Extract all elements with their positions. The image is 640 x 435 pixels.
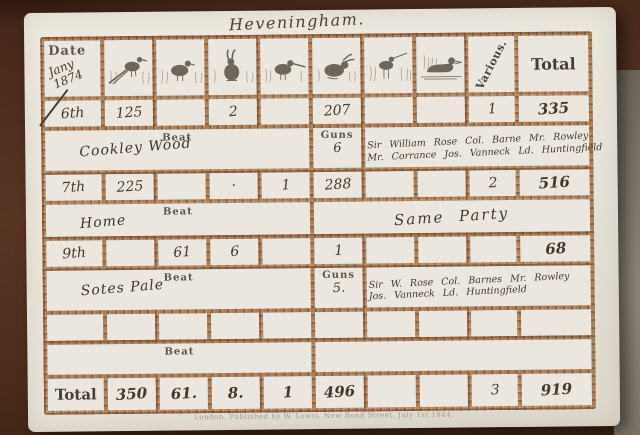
row1-woodcock-cell <box>261 98 309 125</box>
totalrow-pheasant: 350 <box>116 384 148 404</box>
row3-hare: 6 <box>229 244 239 261</box>
row3-partridge: 61 <box>173 244 192 261</box>
various-header-cell: Various. <box>468 36 515 92</box>
totalrow-duck-cell <box>420 374 468 407</box>
beat3-party-cell: Sir W. Rose Col. Barnes Mr. Rowley Jos. … <box>367 265 591 307</box>
header-rabbit-cell <box>312 38 361 94</box>
snipe-icon <box>364 42 412 89</box>
beat3-name: Sotes Pale <box>80 277 164 300</box>
rabbit-icon <box>312 43 360 90</box>
header-duck-cell <box>416 37 465 93</box>
beat3-cell: Beat Sotes Pale <box>47 268 311 311</box>
game-record-table: Date Jany 1874 <box>40 31 596 415</box>
row2-total: 516 <box>538 173 570 193</box>
row4-hare-cell <box>211 313 259 340</box>
row1-various: 1 <box>487 101 497 118</box>
beat4-party-cell <box>315 339 591 372</box>
beat1-name: Cookley Wood <box>79 135 192 160</box>
row2-pheasant: 225 <box>116 178 144 196</box>
row1-hare: 2 <box>228 104 238 121</box>
row1-hare-cell: 2 <box>209 99 257 126</box>
row4-duck-cell <box>419 310 467 337</box>
totalrow-pheasant-cell: 350 <box>108 378 156 411</box>
row4-woodcock-cell <box>263 312 311 339</box>
beat2-label: Beat <box>163 206 193 217</box>
row2-pheasant-cell: 225 <box>106 174 154 201</box>
row1-date-cell: 6th <box>45 100 101 127</box>
header-hare-cell <box>208 39 257 95</box>
totalrow-partridge: 61. <box>170 384 197 404</box>
totalrow-label-cell: Total <box>48 378 104 411</box>
totalrow-grand-total: 919 <box>541 380 573 400</box>
row2-hare-cell: · <box>210 173 258 200</box>
hare-icon <box>208 44 256 91</box>
row1-date: 6th <box>61 105 86 122</box>
row1-total-cell: 335 <box>519 95 589 122</box>
row3-partridge-cell: 61 <box>158 239 206 266</box>
row2-various-cell: 2 <box>469 170 515 196</box>
row2-total-cell: 516 <box>519 169 589 196</box>
row3-total-cell: 68 <box>520 235 590 262</box>
totalrow-snipe-cell <box>368 375 416 408</box>
beat1-party-cell: Sir William Rose Col. Barne Mr. Rowley M… <box>365 125 589 167</box>
beat1-guns-cell: Guns 6 <box>313 128 361 169</box>
woodcock-icon <box>260 43 308 90</box>
row1-various-cell: 1 <box>469 96 515 122</box>
row1-partridge-cell <box>157 99 205 126</box>
beat4-cell: Beat <box>47 342 311 375</box>
row1-pheasant: 125 <box>115 104 143 122</box>
header-partridge-cell <box>156 39 205 95</box>
row1-pheasant-cell: 125 <box>105 100 153 127</box>
row3-date: 9th <box>62 245 87 262</box>
row4-various-cell <box>471 310 517 336</box>
total-label: Total <box>531 54 576 73</box>
various-label: Various. <box>473 37 509 91</box>
row2-various: 2 <box>488 175 498 192</box>
totalrow-woodcock-cell: 1 <box>264 376 312 409</box>
totalrow-various-cell: 3 <box>472 374 518 406</box>
totalrow-woodcock: 1 <box>282 383 294 402</box>
partridge-icon <box>156 44 204 91</box>
row2-date: 7th <box>61 179 86 196</box>
row2-rabbit-cell: 288 <box>314 172 362 199</box>
row2-duck-cell <box>417 170 465 197</box>
row2-snipe-cell <box>366 171 414 198</box>
row3-hare-cell: 6 <box>210 239 258 266</box>
row3-rabbit-cell: 1 <box>314 238 362 265</box>
row2-hare: · <box>231 178 236 194</box>
row4-total-cell <box>521 309 591 336</box>
row4-snipe-cell <box>367 311 415 338</box>
guns3-label: Guns <box>322 270 355 281</box>
totalrow-hare-cell: 8. <box>212 377 260 410</box>
pheasant-icon <box>104 45 152 92</box>
row3-woodcock-cell <box>262 238 310 265</box>
row1-rabbit-cell: 207 <box>313 98 361 125</box>
row4-rabbit-cell <box>315 312 363 339</box>
row1-total: 335 <box>538 99 570 119</box>
row2-woodcock: 1 <box>281 177 291 194</box>
beat4-label: Beat <box>164 346 194 357</box>
row1-rabbit: 207 <box>323 102 351 120</box>
totalrow-label: Total <box>55 385 97 403</box>
guns3-count: 5. <box>332 280 345 296</box>
row2-date-cell: 7th <box>46 174 102 201</box>
row4-date-cell <box>47 314 103 341</box>
header-snipe-cell <box>364 37 413 93</box>
page-title-handwritten: Heveningham. <box>229 9 366 34</box>
row1-duck-cell <box>417 96 465 123</box>
row3-snipe-cell <box>366 237 414 264</box>
row3-duck-cell <box>418 236 466 263</box>
header-woodcock-cell <box>260 38 309 94</box>
row1-snipe-cell <box>365 97 413 124</box>
beat3-label: Beat <box>164 272 194 283</box>
row3-pheasant-cell <box>106 240 154 267</box>
header-pheasant-cell <box>104 40 153 96</box>
row4-pheasant-cell <box>107 314 155 341</box>
beat2-party: Same Party <box>394 204 510 229</box>
guns1-label: Guns <box>321 130 354 141</box>
totalrow-various: 3 <box>490 382 500 399</box>
row2-partridge-cell <box>158 173 206 200</box>
totalrow-rabbit: 496 <box>324 382 356 402</box>
total-header-cell: Total <box>518 35 589 92</box>
duck-icon <box>416 42 464 89</box>
row3-date-cell: 9th <box>46 240 102 267</box>
beat1-cell: Beat Cookley Wood <box>45 128 309 171</box>
totalrow-rabbit-cell: 496 <box>316 376 364 409</box>
row4-partridge-cell <box>159 313 207 340</box>
date-handwritten: Jany 1874 <box>47 56 85 92</box>
row2-rabbit: 288 <box>324 176 352 194</box>
row3-various-cell <box>470 236 516 262</box>
row2-woodcock-cell: 1 <box>262 172 310 199</box>
date-header-cell: Date Jany 1874 <box>44 40 101 97</box>
beat3-guns-cell: Guns 5. <box>315 268 363 309</box>
row3-rabbit: 1 <box>333 243 343 260</box>
beat2-cell: Beat Home <box>46 202 310 237</box>
beat2-name: Home <box>79 212 126 232</box>
guns1-count: 6 <box>333 141 342 156</box>
totalrow-hare: 8. <box>227 383 244 402</box>
game-book-page: Heveningham. Date Jany 1874 <box>24 7 620 432</box>
row3-total: 68 <box>544 239 566 258</box>
beat2-party-cell: Same Party <box>314 199 590 234</box>
totalrow-total-cell: 919 <box>522 373 592 406</box>
totalrow-partridge-cell: 61. <box>160 377 208 410</box>
